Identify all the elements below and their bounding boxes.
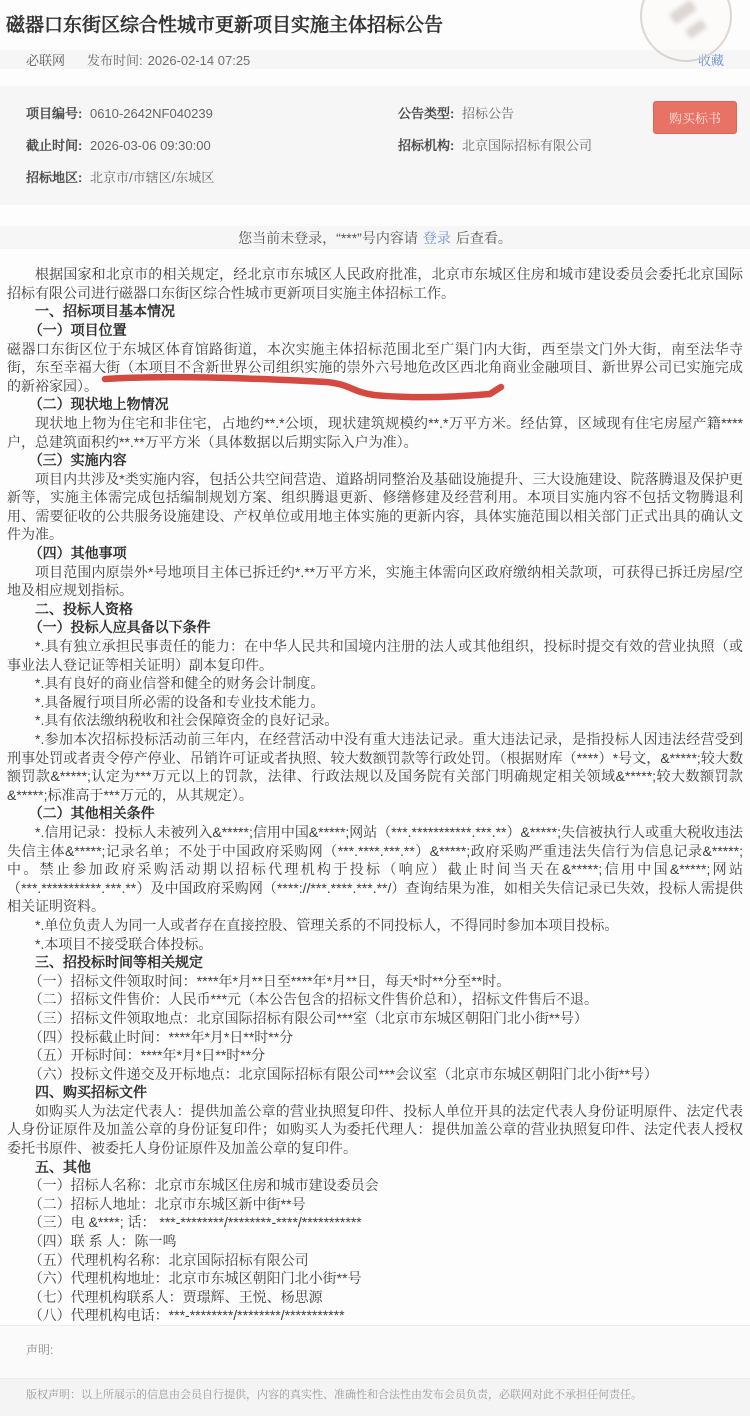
page-title: 磁器口东街区综合性城市更新项目实施主体招标公告: [0, 0, 750, 50]
paragraph: （一）招标文件领取时间：****年*月**日至****年*月**日，每天*时**…: [7, 972, 743, 991]
paragraph: *.具备履行项目所必需的设备和专业技术能力。: [7, 693, 743, 712]
paragraph: （一）招标人名称：北京市东城区住房和城市建设委员会: [7, 1176, 743, 1195]
paragraph: 磁器口东街区位于东城区体育馆路街道，本次实施主体招标范围北至广渠门内大街，西至崇…: [7, 340, 743, 396]
section-heading: （三）实施内容: [7, 451, 743, 470]
publish-time: 发布时间:2026-02-14 07:25: [87, 50, 250, 69]
footer: 声明: 版权声明：以上所展示的信息由会员自行提供，内容的真实性、准确性和合法性由…: [0, 1325, 750, 1416]
paragraph: 如购买人为法定代表人：提供加盖公章的营业执照复印件、投标人单位开具的法定代表人身…: [7, 1102, 743, 1158]
announcement-body: 根据国家和北京市的相关规定，经北京市东城区人民政府批准，北京市东城区住房和城市建…: [0, 249, 750, 1325]
stamp-glyph-smudge: [685, 19, 707, 39]
section-heading: 二、投标人资格: [7, 600, 743, 619]
paragraph: *.信用记录：投标人未被列入&*****;信用中国&*****;网站（***.*…: [7, 823, 743, 916]
publish-time-value: 2026-02-14 07:25: [148, 53, 251, 68]
paragraph: 根据国家和北京市的相关规定，经北京市东城区人民政府批准，北京市东城区住房和城市建…: [7, 265, 743, 302]
paragraph: （四）联 系 人：陈一鸣: [7, 1232, 743, 1251]
section-heading: 四、购买招标文件: [7, 1083, 743, 1102]
paragraph: *.具有独立承担民事责任的能力：在中华人民共和国境内注册的法人或其他组织，投标时…: [7, 637, 743, 674]
field-value: 0610-2642NF040239: [90, 106, 213, 121]
section-heading: 三、招投标时间等相关规定: [7, 953, 743, 972]
paragraph: （二）招标人地址：北京市东城区新中街**号: [7, 1195, 743, 1214]
field-value: 北京国际招标有限公司: [462, 138, 592, 153]
field-label: 招标地区:: [26, 170, 82, 185]
field-deadline: 截止时间: 2026-03-06 09:30:00: [26, 135, 398, 154]
login-notice: 您当前未登录，“***”号内容请 登录 后查看。: [0, 226, 750, 249]
section-heading: 五、其他: [7, 1158, 743, 1177]
paragraph: *.单位负责人为同一人或者存在直接控股、管理关系的不同投标人，不得同时参加本项目…: [7, 916, 743, 935]
source-bar: 必联网 发布时间:2026-02-14 07:25 收藏: [0, 50, 750, 69]
paragraph: *.参加本次招标投标活动前三年内，在经营活动中没有重大违法记录。重大违法记录，是…: [7, 730, 743, 804]
paragraph: *.本项目不接受联合体投标。: [7, 935, 743, 954]
paragraph: 现状地上物为住宅和非住宅，占地约**.*公顷，现状建筑规模约**.*万平方米。经…: [7, 414, 743, 451]
paragraph: （七）代理机构联系人：贾璟辉、王悦、杨思源: [7, 1288, 743, 1307]
copyright-notice: 版权声明：以上所展示的信息由会员自行提供，内容的真实性、准确性和合法性由发布会员…: [0, 1378, 750, 1416]
field-agency: 招标机构: 北京国际招标有限公司: [398, 135, 604, 154]
paragraph: （六）投标文件递交及开标地点：北京国际招标有限公司***会议室（北京市东城区朝阳…: [7, 1065, 743, 1084]
field-label: 截止时间:: [26, 138, 82, 153]
paragraph: （四）投标截止时间：****年*月*日**时**分: [7, 1028, 743, 1047]
section-heading: （一）项目位置: [7, 321, 743, 340]
section-heading: （二）现状地上物情况: [7, 395, 743, 414]
field-label: 公告类型:: [398, 106, 454, 121]
paragraph: （八）代理机构电话：***-********/********/********…: [7, 1306, 743, 1325]
source-site-name: 必联网: [26, 50, 65, 69]
field-value: 2026-03-06 09:30:00: [90, 138, 211, 153]
paragraph: （六）代理机构地址：北京市东城区朝阳门北小街**号: [7, 1269, 743, 1288]
paragraph: （三）招标文件领取地点：北京国际招标有限公司***室（北京市东城区朝阳门北小街*…: [7, 1009, 743, 1028]
field-project-number: 项目编号: 0610-2642NF040239: [26, 103, 398, 122]
info-panel: 项目编号: 0610-2642NF040239 截止时间: 2026-03-06…: [0, 86, 750, 205]
paragraph: （三）电 &****; 话： ***-********/********-***…: [7, 1213, 743, 1232]
paragraph: *.具有依法缴纳税收和社会保障资金的良好记录。: [7, 711, 743, 730]
login-notice-prefix: 您当前未登录，“***”号内容请: [238, 228, 418, 248]
publish-time-label: 发布时间:: [87, 53, 143, 68]
paragraph: 项目内共涉及*类实施内容，包括公共空间营造、道路胡同整治及基础设施提升、三大设施…: [7, 470, 743, 544]
field-value: 北京市/市辖区/东城区: [90, 170, 214, 185]
section-heading: 一、招标项目基本情况: [7, 302, 743, 321]
stamp-glyph-smudge: [669, 0, 697, 24]
paragraph: *.具有良好的商业信誉和健全的财务会计制度。: [7, 674, 743, 693]
section-heading: （四）其他事项: [7, 544, 743, 563]
paragraph: （五）代理机构名称：北京国际招标有限公司: [7, 1251, 743, 1270]
section-heading: （二）其他相关条件: [7, 804, 743, 823]
login-notice-suffix: 后查看。: [456, 228, 512, 248]
statement-label: 声明:: [0, 1326, 750, 1378]
login-link[interactable]: 登录: [423, 228, 451, 248]
field-label: 招标机构:: [398, 138, 454, 153]
field-label: 项目编号:: [26, 106, 82, 121]
paragraph: （五）开标时间：****年*月*日**时**分: [7, 1046, 743, 1065]
section-heading: （一）投标人应具备以下条件: [7, 618, 743, 637]
paragraph: （二）招标文件售价：人民币***元（本公告包含的招标文件售价总和），招标文件售后…: [7, 990, 743, 1009]
field-region: 招标地区: 北京市/市辖区/东城区: [26, 167, 398, 186]
buy-tender-documents-button[interactable]: 购买标书: [653, 101, 737, 134]
field-notice-type: 公告类型: 招标公告: [398, 103, 604, 122]
field-value: 招标公告: [462, 106, 514, 121]
paragraph: 项目范围内原崇外*号地项目主体已拆迁约*.**万平方米，实施主体需向区政府缴纳相…: [7, 563, 743, 600]
